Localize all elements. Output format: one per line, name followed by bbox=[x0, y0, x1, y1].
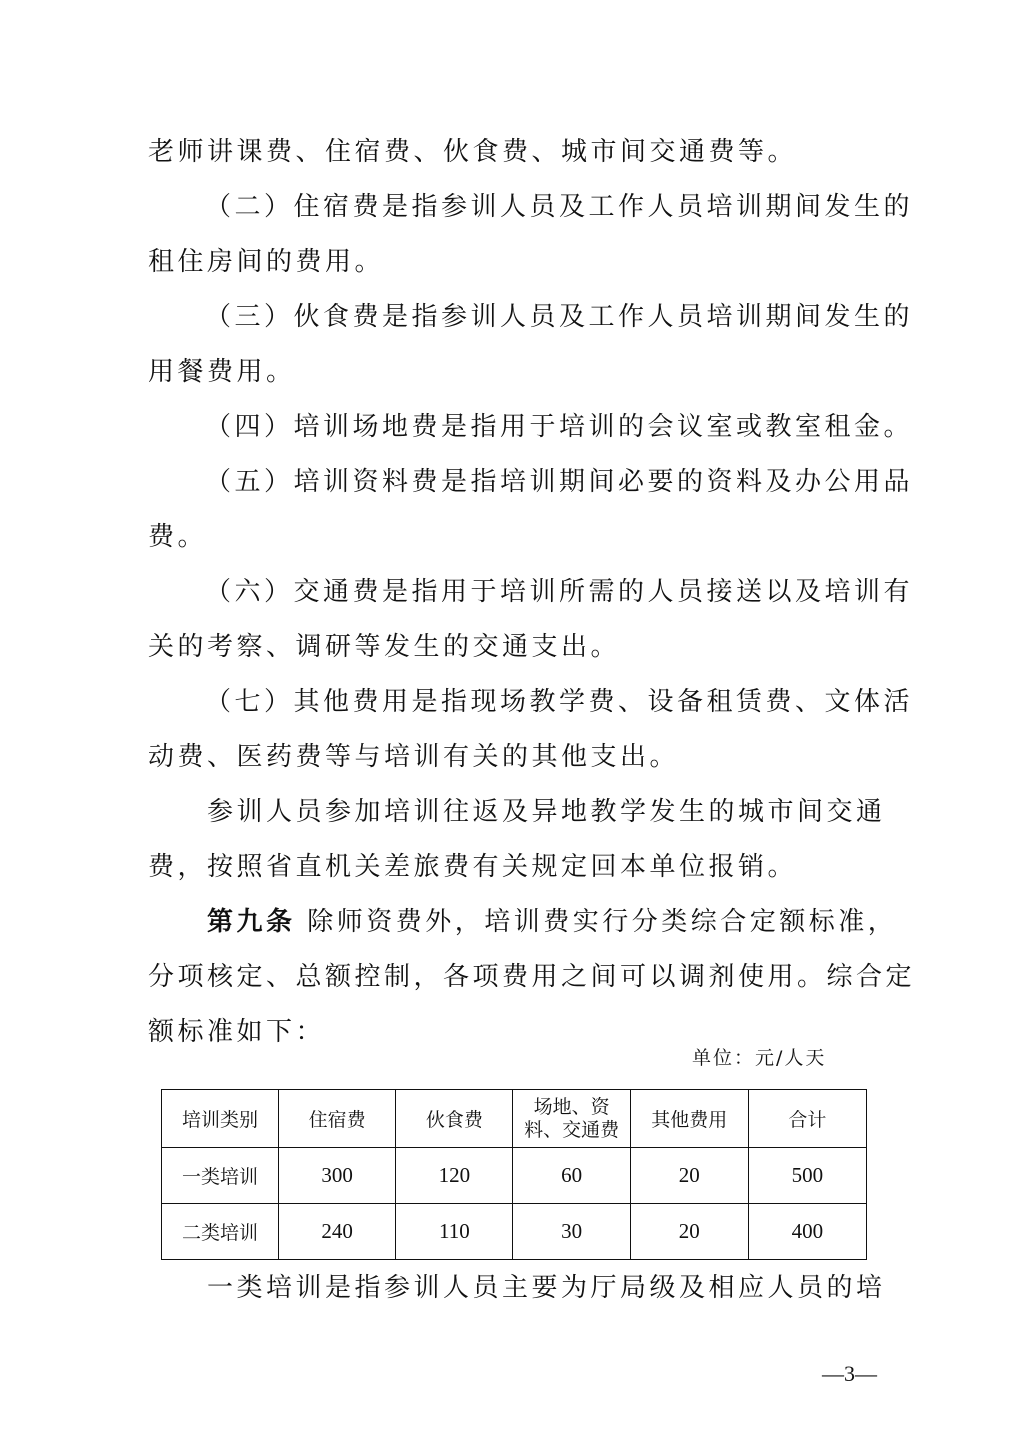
header-meals: 伙食费 bbox=[396, 1090, 513, 1148]
paragraph-line: 用餐费用。 bbox=[148, 357, 878, 387]
cell-lodging: 300 bbox=[279, 1148, 396, 1204]
article-text: 除师资费外，培训费实行分类综合定额标准， bbox=[296, 907, 898, 937]
paragraph-line: （六）交通费是指用于培训所需的人员接送以及培训有 bbox=[205, 577, 935, 607]
table-header-row: 培训类别 住宿费 伙食费 场地、资 料、交通费 其他费用 合计 bbox=[162, 1090, 867, 1148]
cell-meals: 120 bbox=[396, 1148, 513, 1204]
table-row: 一类培训 300 120 60 20 500 bbox=[162, 1148, 867, 1204]
paragraph-line: 租住房间的费用。 bbox=[148, 247, 878, 277]
paragraph-line: 参训人员参加培训往返及异地教学发生的城市间交通 bbox=[207, 797, 937, 827]
header-line-2: 料、交通费 bbox=[524, 1119, 619, 1141]
cell-total: 400 bbox=[748, 1204, 866, 1260]
article-heading: 第九条 bbox=[207, 907, 296, 937]
paragraph-line: 费。 bbox=[148, 522, 878, 552]
cell-other: 20 bbox=[630, 1148, 748, 1204]
cell-category: 一类培训 bbox=[162, 1148, 279, 1204]
cell-venue-materials-transport: 30 bbox=[513, 1204, 630, 1260]
cell-venue-materials-transport: 60 bbox=[513, 1148, 630, 1204]
training-fee-quota-table: 培训类别 住宿费 伙食费 场地、资 料、交通费 其他费用 合计 一类培训 300… bbox=[161, 1089, 867, 1260]
cell-total: 500 bbox=[748, 1148, 866, 1204]
page-number: —3— bbox=[822, 1361, 877, 1387]
article-nine-line: 第九条 除师资费外，培训费实行分类综合定额标准， bbox=[207, 907, 937, 937]
paragraph-line: 老师讲课费、住宿费、伙食费、城市间交通费等。 bbox=[148, 137, 878, 167]
header-line-1: 场地、资 bbox=[534, 1096, 610, 1118]
cell-other: 20 bbox=[630, 1204, 748, 1260]
paragraph-line: （七）其他费用是指现场教学费、设备租赁费、文体活 bbox=[205, 687, 935, 717]
cell-category: 二类培训 bbox=[162, 1204, 279, 1260]
header-category: 培训类别 bbox=[162, 1090, 279, 1148]
cell-lodging: 240 bbox=[279, 1204, 396, 1260]
paragraph-line: （五）培训资料费是指培训期间必要的资料及办公用品 bbox=[205, 467, 935, 497]
header-lodging: 住宿费 bbox=[279, 1090, 396, 1148]
document-page: 老师讲课费、住宿费、伙食费、城市间交通费等。 （二）住宿费是指参训人员及工作人员… bbox=[0, 0, 1024, 1453]
header-total: 合计 bbox=[748, 1090, 866, 1148]
paragraph-line: （四）培训场地费是指用于培训的会议室或教室租金。 bbox=[205, 412, 935, 442]
paragraph-line: （三）伙食费是指参训人员及工作人员培训期间发生的 bbox=[205, 302, 935, 332]
header-venue-materials-transport: 场地、资 料、交通费 bbox=[513, 1090, 630, 1148]
cell-meals: 110 bbox=[396, 1204, 513, 1260]
paragraph-line: 分项核定、总额控制，各项费用之间可以调剂使用。综合定 bbox=[148, 962, 878, 992]
paragraph-line: 一类培训是指参训人员主要为厅局级及相应人员的培 bbox=[207, 1273, 937, 1303]
header-other: 其他费用 bbox=[630, 1090, 748, 1148]
paragraph-line: 费，按照省直机关差旅费有关规定回本单位报销。 bbox=[148, 852, 878, 882]
table-row: 二类培训 240 110 30 20 400 bbox=[162, 1204, 867, 1260]
paragraph-line: 关的考察、调研等发生的交通支出。 bbox=[148, 632, 878, 662]
unit-label: 单位：元/人天 bbox=[692, 1043, 826, 1070]
paragraph-line: （二）住宿费是指参训人员及工作人员培训期间发生的 bbox=[205, 192, 935, 222]
paragraph-line: 动费、医药费等与培训有关的其他支出。 bbox=[148, 742, 878, 772]
